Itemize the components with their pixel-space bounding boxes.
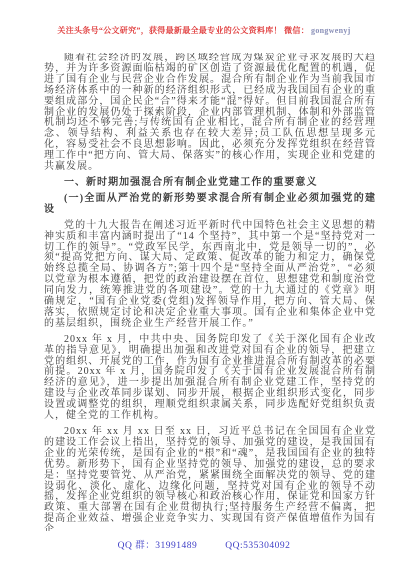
paragraph-intro: 随着社会经济的发展，跨区域经营成为煤炭企业寻求发展的大趋势，并为许多资源面临枯竭… [44, 53, 376, 173]
paragraph-soe-party-meeting: 20xx 年 xx 月 xx 日至 xx 日，习近平总书记在全国国有企业党的建设… [44, 427, 376, 531]
footer-qq-group: QQ 群：31991489 [118, 541, 198, 551]
header-banner: 关注头条号“公文研究”，获得最新最全最专业的公文资料库！ 微信：gongweny… [0, 25, 408, 36]
header-wechat-label: 微信： [284, 26, 309, 35]
document-page: 关注头条号“公文研究”，获得最新最全最专业的公文资料库！ 微信：gongweny… [0, 0, 408, 580]
paragraph-policy-documents: 20xx 年 x 月，中共中央、国务院印发了《关于深化国有企业改革的指导意见》，… [44, 335, 376, 422]
subsection-heading-1-1: (一)全面从严治党的新形势要求混合所有制企业必须加强党的建设 [44, 194, 376, 216]
paragraph-19th-congress: 党的十九大报告在阐述习近平新时代中国特色社会主义思想的精神实质和丰富内涵时提出了… [44, 221, 376, 330]
footer-contact: QQ 群：31991489QQ:535304092 [0, 537, 408, 551]
footer-qq: QQ:535304092 [225, 541, 290, 551]
document-body: 随着社会经济的发展，跨区域经营成为煤炭企业寻求发展的大趋势，并为许多资源面临枯竭… [44, 53, 376, 531]
header-notice: 关注头条号“公文研究”，获得最新最全最专业的公文资料库！ [57, 26, 281, 35]
header-wechat-id: gongwenyj [311, 26, 351, 35]
section-heading-1: 一、新时期加强混合所有制企业党建工作的重要意义 [44, 178, 376, 189]
